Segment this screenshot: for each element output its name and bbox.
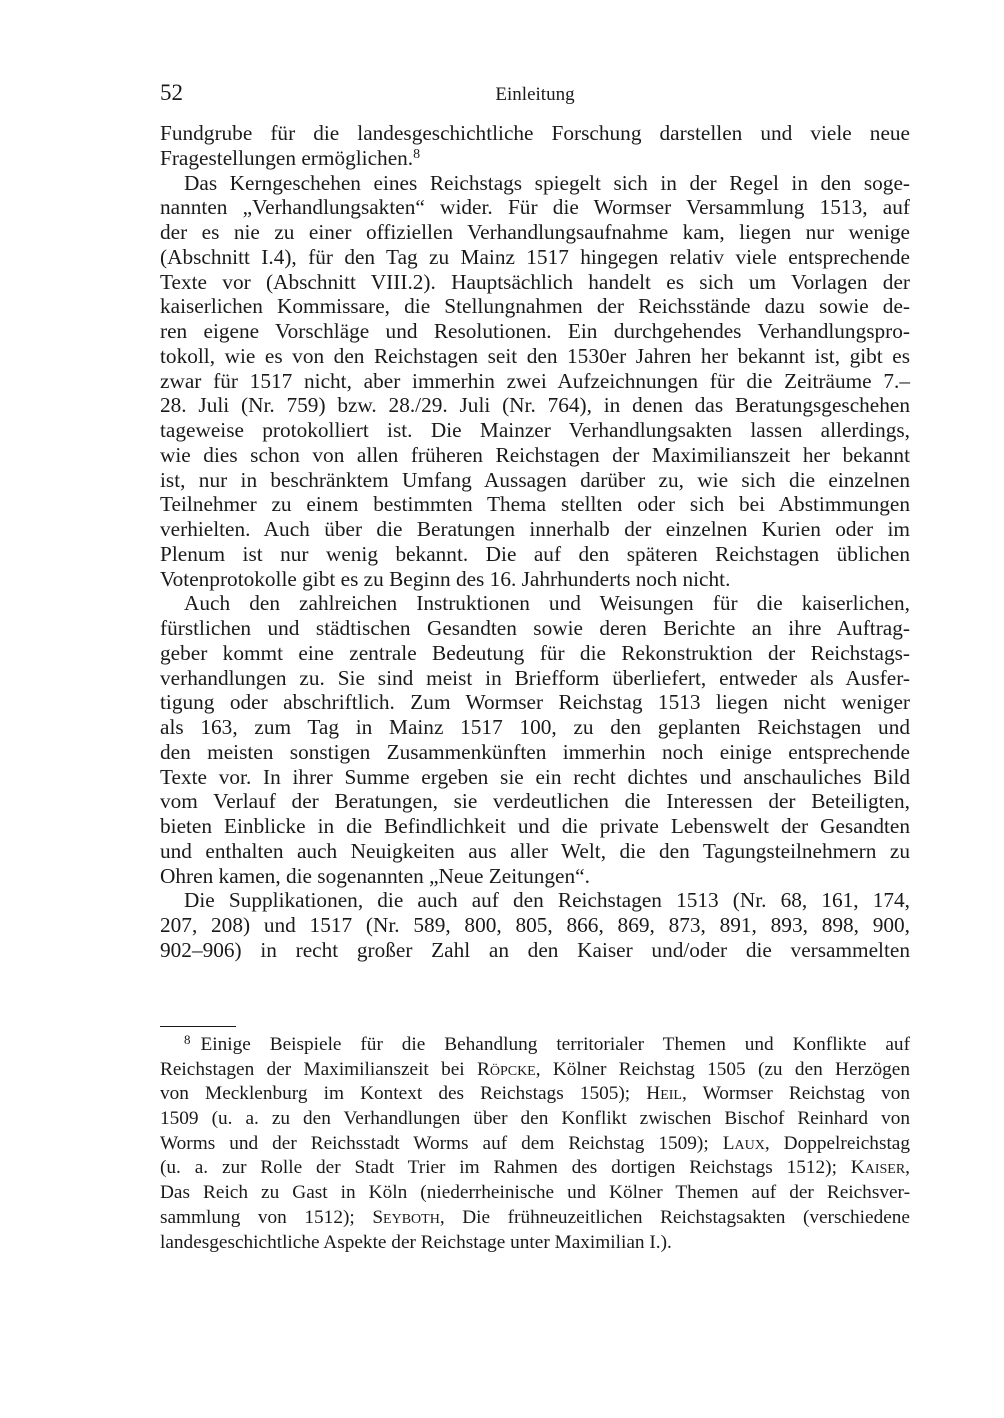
footnote-line: landesgeschichtliche Aspekte der Reichst… [160, 1231, 910, 1256]
footnote-line: 8Einige Beispiele für die Behandlung ter… [160, 1033, 910, 1058]
text-line: Plenum ist nur wenig bekannt. Die auf de… [160, 542, 910, 567]
text-line: ren eigene Vorschläge und Resolutionen. … [160, 319, 910, 344]
text-line: (Abschnitt I.4), für den Tag zu Mainz 15… [160, 245, 910, 270]
footnote-line: 1509 (u. a. zu den Verhandlungen über de… [160, 1107, 910, 1132]
footnote-text: Reichstagen der Maximilianszeit bei [160, 1059, 477, 1080]
text-line: der es nie zu einer offiziellen Verhandl… [160, 220, 910, 245]
text-line: tageweise protokolliert ist. Die Mainzer… [160, 418, 910, 443]
author-name: Heil [646, 1083, 682, 1104]
text-line: tokoll, wie es von den Reichstagen seit … [160, 344, 910, 369]
text-line: Votenprotokolle gibt es zu Beginn des 16… [160, 567, 910, 592]
running-head: Einleitung [160, 80, 910, 110]
footnote-text: Worms und der Reichsstadt Worms auf dem … [160, 1133, 723, 1154]
text-line: Fundgrube für die landesgeschichtliche F… [160, 121, 910, 146]
text-line: Fragestellungen ermöglichen.8 [160, 146, 910, 171]
text-line: und enthalten auch Neuigkeiten aus aller… [160, 839, 910, 864]
paragraph-start-line: Auch den zahlreichen Instruktionen und W… [160, 591, 910, 616]
footnote-reference[interactable]: 8 [413, 147, 420, 162]
text-line: bieten Einblicke in die Befindlichkeit u… [160, 814, 910, 839]
footnote-line: von Mecklenburg im Kontext des Reichstag… [160, 1082, 910, 1107]
text-line: als 163, zum Tag in Mainz 1517 100, zu d… [160, 715, 910, 740]
author-name: Röpcke [477, 1059, 536, 1080]
footnote-text: , Doppelreichstag [765, 1133, 910, 1154]
text-line: tigung oder abschriftlich. Zum Wormser R… [160, 690, 910, 715]
text-line: Ohren kamen, die sogenannten „Neue Zeitu… [160, 864, 910, 889]
text-line: Teilnehmer zu einem bestimmten Thema ste… [160, 492, 910, 517]
text-line: Texte vor (Abschnitt VIII.2). Hauptsächl… [160, 270, 910, 295]
footnote-text: (u. a. zur Rolle der Stadt Trier im Rahm… [160, 1157, 851, 1178]
text-line: verhielten. Auch über die Beratungen inn… [160, 517, 910, 542]
text-line: zwar für 1517 nicht, aber immerhin zwei … [160, 369, 910, 394]
text-line: den meisten sonstigen Zusammenkünften im… [160, 740, 910, 765]
text-line: geber kommt eine zentrale Bedeutung für … [160, 641, 910, 666]
text-line: ist, nur in beschränktem Umfang Aussagen… [160, 468, 910, 493]
footnote-number: 8 [184, 1032, 191, 1047]
footnote-text: von Mecklenburg im Kontext des Reichstag… [160, 1083, 646, 1104]
text-line: 207, 208) und 1517 (Nr. 589, 800, 805, 8… [160, 913, 910, 938]
paragraph-start-line: Das Kerngeschehen eines Reichstags spieg… [160, 171, 910, 196]
footnote-separator [160, 1026, 236, 1027]
text-line: wie dies schon von allen früheren Reichs… [160, 443, 910, 468]
author-name: Kaiser [851, 1157, 905, 1178]
text-line: fürstlichen und städtischen Gesandten so… [160, 616, 910, 641]
text-line: kaiserlichen Kommissare, die Stellungnah… [160, 294, 910, 319]
footnote-line: Reichstagen der Maximilianszeit bei Röpc… [160, 1058, 910, 1083]
text-line: vom Verlauf der Beratungen, sie verdeutl… [160, 789, 910, 814]
footnote-line: Das Reich zu Gast in Köln (niederrheinis… [160, 1181, 910, 1206]
text-line: 902–906) in recht großer Zahl an den Kai… [160, 938, 910, 963]
author-name: Laux [723, 1133, 765, 1154]
text-line: verhandlungen zu. Sie sind meist in Brie… [160, 666, 910, 691]
footnote-text: , Die frühneuzeitlichen Reichstagsakten … [440, 1207, 910, 1228]
author-name: Seyboth [372, 1207, 440, 1228]
paragraph-start-line: Die Supplikationen, die auch auf den Rei… [160, 888, 910, 913]
footnote-text: Einige Beispiele für die Behandlung terr… [201, 1034, 911, 1055]
text-line: 28. Juli (Nr. 759) bzw. 28./29. Juli (Nr… [160, 393, 910, 418]
footnotes: 8Einige Beispiele für die Behandlung ter… [160, 1033, 910, 1255]
footnote-text: , [905, 1157, 910, 1178]
footnote-text: , Wormser Reichstag von [682, 1083, 910, 1104]
footnote-line: sammlung von 1512); Seyboth, Die frühneu… [160, 1206, 910, 1231]
footnote-line: (u. a. zur Rolle der Stadt Trier im Rahm… [160, 1156, 910, 1181]
text-line: nannten „Verhandlungsakten“ wider. Für d… [160, 195, 910, 220]
footnote-line: Worms und der Reichsstadt Worms auf dem … [160, 1132, 910, 1157]
page-header: 52 Einleitung [160, 78, 910, 108]
footnote-text: sammlung von 1512); [160, 1207, 372, 1228]
text-line: Texte vor. In ihrer Summe ergeben sie ei… [160, 765, 910, 790]
body-text: Fundgrube für die landesgeschichtliche F… [160, 121, 910, 963]
footnote-text: , Kölner Reichstag 1505 (zu den Herzögen [536, 1059, 910, 1080]
text-line-content: Fragestellungen ermöglichen. [160, 146, 413, 170]
